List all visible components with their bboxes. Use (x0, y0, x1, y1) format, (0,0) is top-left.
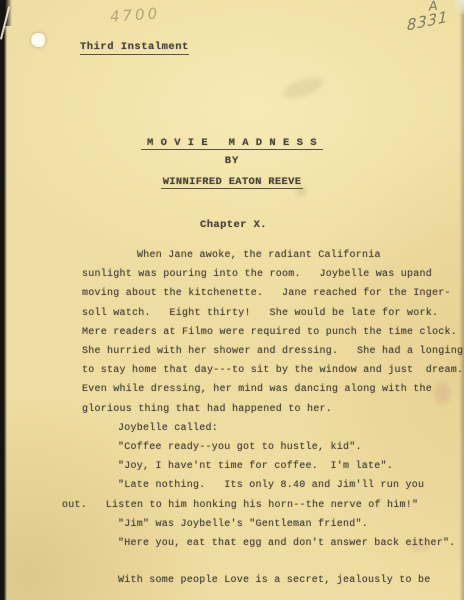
paper-corner-sliver (455, 0, 464, 14)
scan-left-edge (0, 0, 7, 600)
body-line: "Jim" was Joybelle's "Gentleman friend". (82, 515, 462, 534)
story-title: M O V I E M A D N E S S (141, 137, 323, 150)
archive-mark: A 8331 (401, 0, 454, 32)
story-body: When Jane awoke, the radiant California … (82, 246, 462, 590)
body-line: "Late nothing. Its only 8.40 and Jim'll … (82, 476, 462, 495)
author-line: WINNIFRED EATON REEVE (0, 171, 464, 189)
manuscript-page: 4700 A 8331 Third Instalment M O V I E M… (0, 0, 464, 600)
body-line: "Joy, I have'nt time for coffee. I'm lat… (82, 457, 462, 476)
body-line: Mere readers at Filmo were required to p… (82, 323, 462, 342)
closing-line: With some people Love is a secret, jealo… (82, 571, 462, 590)
archive-mark-number: 8331 (403, 9, 452, 35)
body-line: She hurried with her shower and dressing… (82, 342, 462, 361)
hole-punch-mark (31, 33, 45, 47)
chapter-heading: Chapter X. (200, 219, 267, 231)
body-line: Joybelle called: (82, 419, 462, 438)
paper-stain (281, 74, 326, 102)
body-line: "Here you, eat that egg and don't answer… (82, 534, 462, 553)
instalment-heading: Third Instalment (80, 41, 189, 53)
title-block: M O V I E M A D N E S S BY WINNIFRED EAT… (0, 132, 464, 189)
author-name: WINNIFRED EATON REEVE (161, 176, 304, 189)
instalment-heading-text: Third Instalment (80, 41, 189, 55)
body-line: soll watch. Eight thirty! She would be l… (82, 304, 462, 323)
body-line: out. Listen to him honking his horn--the… (62, 496, 462, 515)
body-line: "Coffee ready--you got to hustle, kid". (82, 438, 462, 457)
body-line: glorious thing that had happened to her. (82, 400, 462, 419)
body-line: When Jane awoke, the radiant California (82, 246, 462, 265)
pencil-number-annotation: 4700 (109, 4, 160, 25)
body-line: moving about the kitchenette. Jane reach… (82, 284, 462, 303)
byline: BY (0, 155, 464, 167)
body-line: to stay home that day---to sit by the wi… (82, 361, 462, 380)
body-line: sunlight was pouring into the room. Joyb… (82, 265, 462, 284)
body-line: Even while dressing, her mind was dancin… (82, 380, 462, 399)
